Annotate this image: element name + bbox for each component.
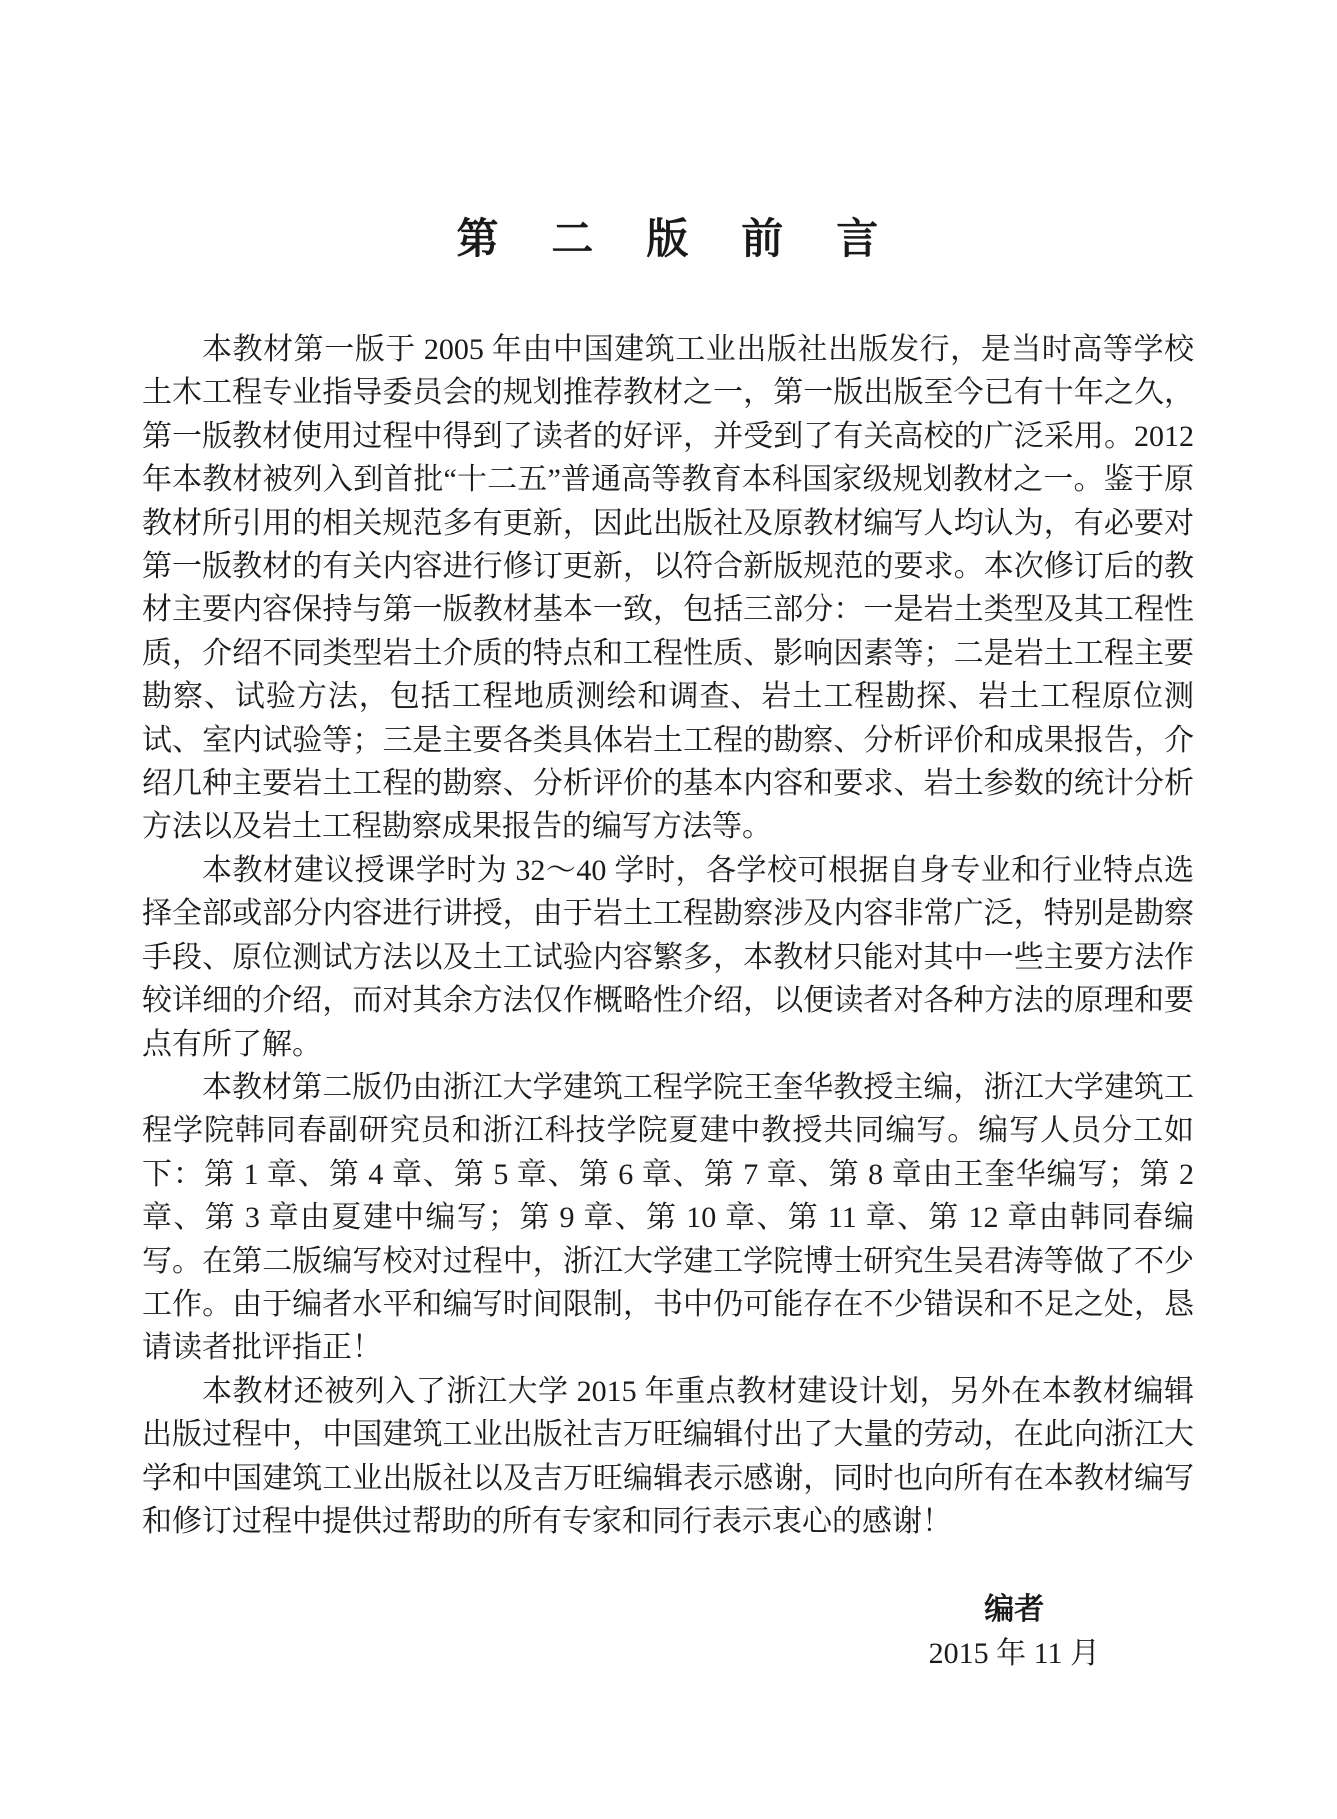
signature-inner: 编者 2015 年 11 月 [929,1588,1100,1675]
document-body: 本教材第一版于 2005 年由中国建筑工业出版社出版发行，是当时高等学校土木工程… [142,328,1194,1543]
page-title: 第 二 版 前 言 [142,218,1194,262]
paragraph-1: 本教材第一版于 2005 年由中国建筑工业出版社出版发行，是当时高等学校土木工程… [142,328,1194,849]
signature-author: 编者 [929,1588,1100,1631]
signature-date: 2015 年 11 月 [929,1632,1100,1675]
document-page: 第 二 版 前 言 本教材第一版于 2005 年由中国建筑工业出版社出版发行，是… [0,0,1337,1819]
signature-block: 编者 2015 年 11 月 [142,1588,1194,1675]
paragraph-2: 本教材建议授课学时为 32～40 学时，各学校可根据自身专业和行业特点选择全部或… [142,849,1194,1066]
paragraph-3: 本教材第二版仍由浙江大学建筑工程学院王奎华教授主编，浙江大学建筑工程学院韩同春副… [142,1066,1194,1370]
paragraph-4: 本教材还被列入了浙江大学 2015 年重点教材建设计划，另外在本教材编辑出版过程… [142,1370,1194,1544]
